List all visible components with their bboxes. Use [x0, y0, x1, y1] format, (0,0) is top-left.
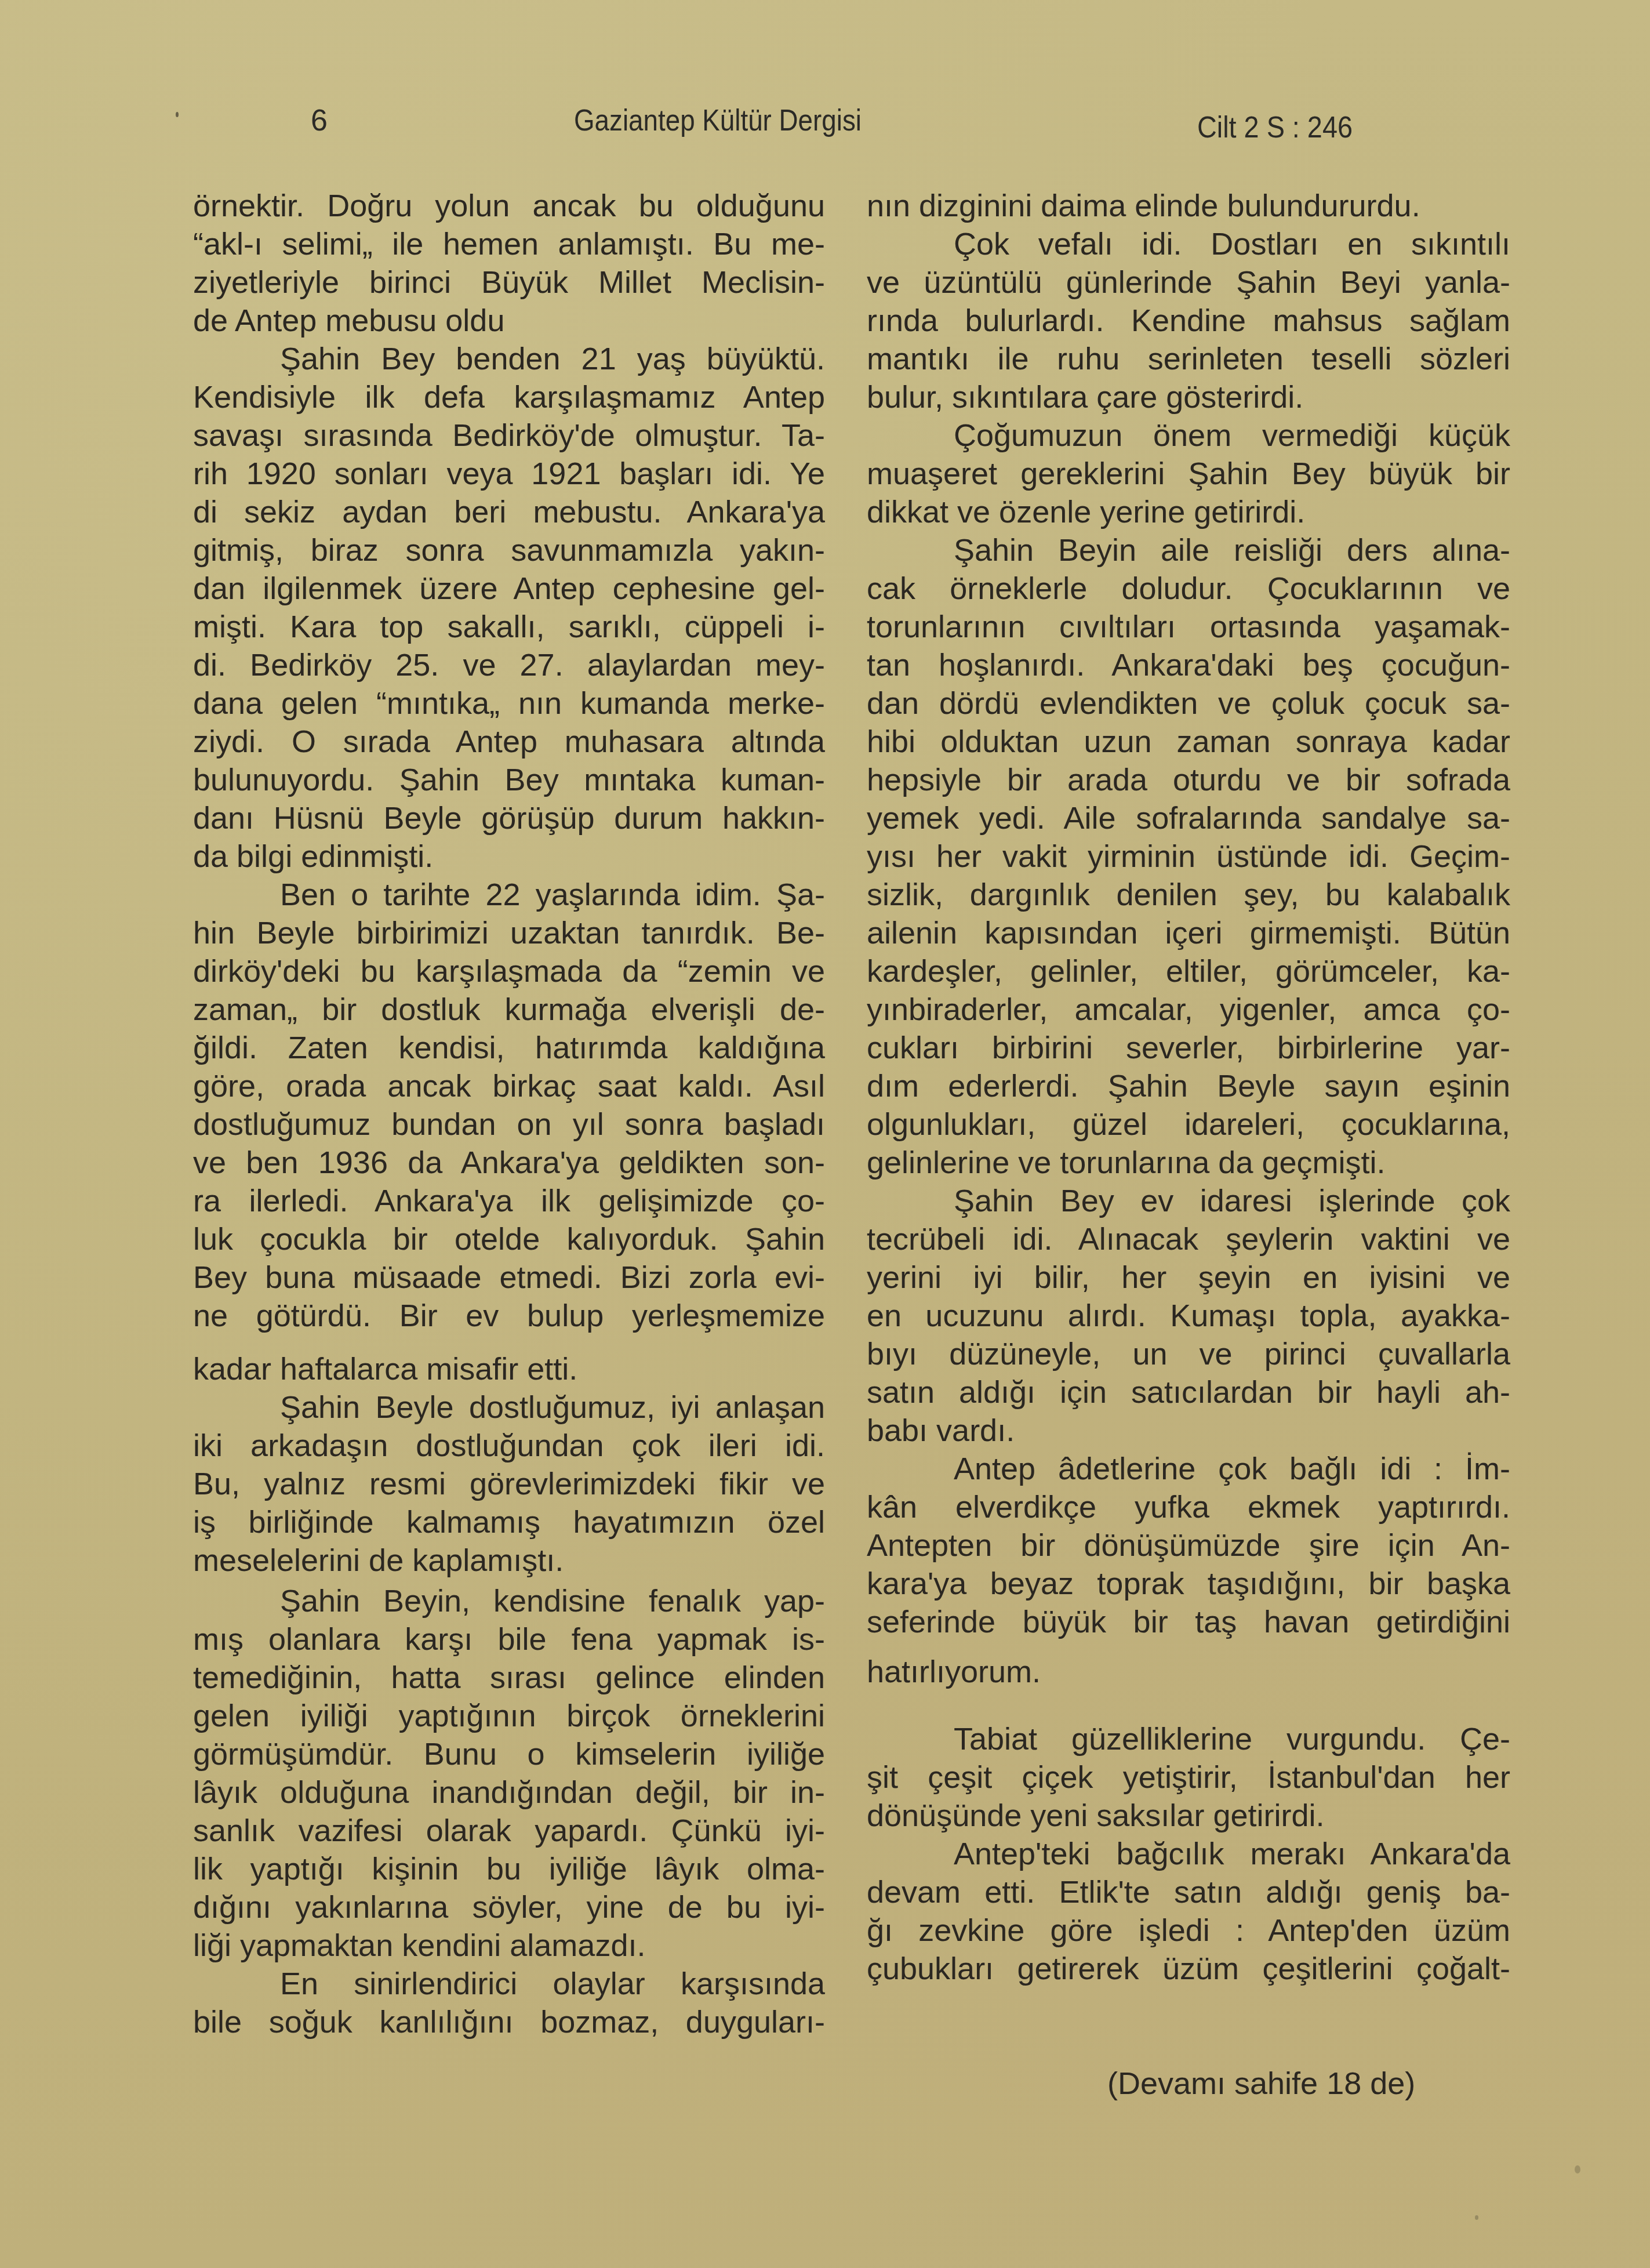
text-line: Bu, yalnız resmi görevlerimizdeki fikir … [193, 1465, 825, 1503]
text-line: Antepten bir dönüşümüzde şire için An- [867, 1526, 1510, 1565]
paragraph-first-line: Tabiat güzelliklerine vurgundu. Çe- [954, 1720, 1510, 1758]
text-line: bıyı düzüneyle, un ve pirinci çuvallarla [867, 1335, 1510, 1373]
text-line: iş birliğinde kalmamış hayatımızın özel [193, 1503, 825, 1541]
text-line: ziydi. O sırada Antep muhasara altında [193, 723, 825, 761]
page-number: 6 [311, 103, 328, 138]
text-line: lik yaptığı kişinin bu iyiliğe lâyık olm… [193, 1850, 825, 1888]
text-line: çubukları getirerek üzüm çeşitlerini çoğ… [867, 1950, 1510, 1988]
publication-title: Gaziantep Kültür Dergisi [574, 103, 862, 138]
text-line: seferinde büyük bir taş havan getirdiğin… [867, 1603, 1510, 1641]
text-line: kadar haftalarca misafir etti. [193, 1350, 825, 1388]
text-line: di. Bedirköy 25. ve 27. alaylardan mey- [193, 646, 825, 684]
magazine-page: 6 Gaziantep Kültür Dergisi Cilt 2 S : 24… [0, 0, 1650, 2268]
text-line: satın aldığı için satıcılardan bir hayli… [867, 1373, 1510, 1411]
text-line: ne götürdü. Bir ev bulup yerleşmemize [193, 1297, 825, 1335]
text-line: hin Beyle birbirimizi uzaktan tanırdık. … [193, 914, 825, 952]
text-line: torunlarının cıvıltıları ortasında yaşam… [867, 608, 1510, 646]
text-line: de Antep mebusu oldu [193, 302, 825, 340]
text-line: bulur, sıkıntılara çare gösterirdi. [867, 378, 1510, 416]
text-line: tan hoşlanırdı. Ankara'daki beş çocuğun- [867, 646, 1510, 684]
text-line: göre, orada ancak birkaç saat kaldı. Ası… [193, 1067, 825, 1105]
text-line: nın dizginini daima elinde bulundururdu. [867, 187, 1510, 225]
text-line: dikkat ve özenle yerine getirirdi. [867, 493, 1510, 531]
text-line: mişti. Kara top sakallı, sarıklı, cüppel… [193, 608, 825, 646]
text-line: temediğinin, hatta sırası gelince elinde… [193, 1659, 825, 1697]
text-line: görmüşümdür. Bunu o kimselerin iyiliğe [193, 1735, 825, 1773]
text-line: sanlık vazifesi olarak yapardı. Çünkü iy… [193, 1812, 825, 1850]
text-line: hibi olduktan uzun zaman sonraya kadar [867, 723, 1510, 761]
text-line: devam etti. Etlik'te satın aldığı geniş … [867, 1873, 1510, 1911]
text-line: dım ederlerdi. Şahin Beyle sayın eşinin [867, 1067, 1510, 1105]
text-line: yerini iyi bilir, her şeyin en iyisini v… [867, 1258, 1510, 1297]
text-line: liği yapmaktan kendini alamazdı. [193, 1926, 825, 1965]
text-line: gitmiş, biraz sonra savunmamızla yakın- [193, 531, 825, 569]
paragraph-first-line: Antep'teki bağcılık merakı Ankara'da [954, 1835, 1510, 1873]
text-line: yınbiraderler, amcalar, yigenler, amca ç… [867, 990, 1510, 1029]
text-line: iki arkadaşın dostluğundan çok ileri idi… [193, 1427, 825, 1465]
text-line: dirköy'deki bu karşılaşmada da “zemin ve [193, 952, 825, 990]
text-line: bulunuyordu. Şahin Bey mıntaka kuman- [193, 761, 825, 799]
text-line: dığını yakınlarına söyler, yine de bu iy… [193, 1888, 825, 1926]
paragraph-first-line: Şahin Beyin, kendisine fenalık yap- [280, 1582, 825, 1620]
continuation-note: (Devamı sahife 18 de) [1107, 2064, 1415, 2103]
text-line: rih 1920 sonları veya 1921 başları idi. … [193, 455, 825, 493]
text-line: ve ben 1936 da Ankara'ya geldikten son- [193, 1144, 825, 1182]
text-line: olgunlukları, güzel idareleri, çocukları… [867, 1105, 1510, 1144]
text-line: yemek yedi. Aile sofralarında sandalye s… [867, 799, 1510, 837]
text-line: “akl-ı selimi„ ile hemen anlamıştı. Bu m… [193, 225, 825, 263]
issue-label: Cilt 2 S : 246 [1197, 110, 1353, 145]
text-line: kardeşler, gelinler, eltiler, görümceler… [867, 952, 1510, 990]
text-line: mış olanlara karşı bile fena yapmak is- [193, 1620, 825, 1659]
text-line: yısı her vakit yirminin üstünde idi. Geç… [867, 837, 1510, 876]
text-line: lâyık olduğuna inandığından değil, bir i… [193, 1773, 825, 1812]
text-line: gelen iyiliği yaptığının birçok örnekler… [193, 1697, 825, 1735]
text-line: rında bulurlardı. Kendine mahsus sağlam [867, 302, 1510, 340]
paragraph-first-line: Ben o tarihte 22 yaşlarında idim. Şa- [280, 876, 825, 914]
text-line: savaşı sırasında Bedirköy'de olmuştur. T… [193, 416, 825, 455]
text-line: dana gelen “mıntıka„ nın kumanda merke- [193, 684, 825, 723]
text-line: ra ilerledi. Ankara'ya ilk gelişimizde ç… [193, 1182, 825, 1220]
text-line: tecrübeli idi. Alınacak şeylerin vaktini… [867, 1220, 1510, 1258]
text-line: ziyetleriyle birinci Büyük Millet Meclis… [193, 263, 825, 302]
paragraph-first-line: Çoğumuzun önem vermediği küçük [954, 416, 1510, 455]
text-line: Bey buna müsaade etmedi. Bizi zorla evi- [193, 1258, 825, 1297]
text-line: ve üzüntülü günlerinde Şahin Beyi yanla- [867, 263, 1510, 302]
text-line: sizlik, dargınlık denilen şey, bu kalaba… [867, 876, 1510, 914]
text-line: örnektir. Doğru yolun ancak bu olduğunu [193, 187, 825, 225]
paper-speck [1575, 2165, 1580, 2173]
text-line: Kendisiyle ilk defa karşılaşmamız Antep [193, 378, 825, 416]
text-line: dan dördü evlendikten ve çoluk çocuk sa- [867, 684, 1510, 723]
text-line: ailenin kapısından içeri girmemişti. Büt… [867, 914, 1510, 952]
text-line: gelinlerine ve torunlarına da geçmişti. [867, 1144, 1510, 1182]
text-line: şit çeşit çiçek yetiştirir, İstanbul'dan… [867, 1758, 1510, 1797]
text-line: danı Hüsnü Beyle görüşüp durum hakkın- [193, 799, 825, 837]
text-line: cukları birbirini severler, birbirlerine… [867, 1029, 1510, 1067]
text-line: dönüşünde yeni saksılar getirirdi. [867, 1797, 1510, 1835]
paragraph-first-line: Çok vefalı idi. Dostları en sıkıntılı [954, 225, 1510, 263]
paragraph-first-line: Şahin Bey ev idaresi işlerinde çok [954, 1182, 1510, 1220]
text-line: luk çocukla bir otelde kalıyorduk. Şahin [193, 1220, 825, 1258]
text-line: ğildi. Zaten kendisi, hatırımda kaldığın… [193, 1029, 825, 1067]
paragraph-first-line: En sinirlendirici olaylar karşısında [280, 1965, 825, 2003]
paper-speck [176, 112, 179, 117]
paragraph-first-line: Şahin Beyin aile reisliği ders alına- [954, 531, 1510, 569]
text-line: cak örneklerle doludur. Çocuklarının ve [867, 569, 1510, 608]
paragraph-first-line: Antep âdetlerine çok bağlı idi : İm- [954, 1450, 1510, 1488]
text-line: dostluğumuz bundan on yıl sonra başladı [193, 1105, 825, 1144]
text-line: dan ilgilenmek üzere Antep cephesine gel… [193, 569, 825, 608]
paragraph-first-line: Şahin Beyle dostluğumuz, iyi anlaşan [280, 1388, 825, 1427]
text-line: kân elverdikçe yufka ekmek yaptırırdı. [867, 1488, 1510, 1526]
text-line: hatırlıyorum. [867, 1653, 1510, 1691]
text-line: kara'ya beyaz toprak taşıdığını, bir baş… [867, 1565, 1510, 1603]
text-line: hepsiyle bir arada oturdu ve bir sofrada [867, 761, 1510, 799]
text-line: meselelerini de kaplamıştı. [193, 1541, 825, 1580]
text-line: muaşeret gereklerini Şahin Bey büyük bir [867, 455, 1510, 493]
text-line: ğı zevkine göre işledi : Antep'den üzüm [867, 1911, 1510, 1950]
paper-speck [1475, 2215, 1478, 2220]
text-line: di sekiz aydan beri mebustu. Ankara'ya [193, 493, 825, 531]
text-line: zaman„ bir dostluk kurmağa elverişli de- [193, 990, 825, 1029]
paragraph-first-line: Şahin Bey benden 21 yaş büyüktü. [280, 340, 825, 378]
text-line: babı vardı. [867, 1411, 1510, 1450]
text-line: en ucuzunu alırdı. Kumaşı topla, ayakka- [867, 1297, 1510, 1335]
text-line: da bilgi edinmişti. [193, 837, 825, 876]
text-line: mantıkı ile ruhu serinleten teselli sözl… [867, 340, 1510, 378]
text-line: bile soğuk kanlılığını bozmaz, duyguları… [193, 2003, 825, 2041]
